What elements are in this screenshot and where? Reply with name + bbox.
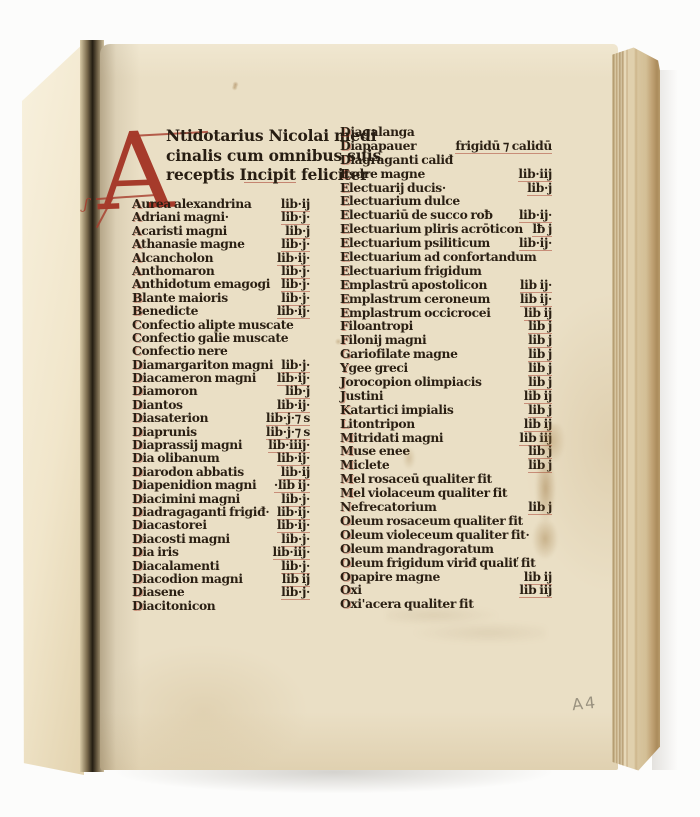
entry-title: Gariofilate magne <box>340 346 458 361</box>
index-entry: Confectio nere <box>132 343 310 356</box>
index-entry: Nefrecatorium lib j <box>340 499 552 513</box>
entry-title: Electuarium dulce <box>340 193 460 208</box>
index-entry: Emplastrum ceroneum lib ij· <box>340 291 552 305</box>
entry-title: Emplastrum occicrocei <box>340 305 491 320</box>
index-entry: Jorocopion olimpiacis lib j <box>340 374 552 388</box>
entry-quantity: frigidū ⁊ calidū <box>455 138 552 154</box>
entry-title: Mel violaceum qualiter fit <box>340 485 507 500</box>
index-entry: Diacimini magni lib·j· <box>132 491 310 504</box>
entry-title: Diagraganti caliđ <box>340 152 453 167</box>
index-entry: Mitridati magni lib iij <box>340 430 552 444</box>
entry-title: Diapapauer <box>340 138 416 153</box>
index-entry: Diaprassij magni lib·iiij· <box>132 437 310 450</box>
index-entry: Diacodion magni lib ij <box>132 571 310 584</box>
index-entry: Diacalamenti lib·j· <box>132 558 310 571</box>
entry-quantity: lib iij <box>519 582 552 598</box>
index-entry: Oleum mandragoratum <box>340 541 552 555</box>
entry-title: Nefrecatorium <box>340 499 437 514</box>
show-through-text <box>386 604 546 644</box>
index-entry: Dia olibanum lib·ij· <box>132 450 310 463</box>
entry-title: Electuarium pliris acrōticon <box>340 221 523 236</box>
entry-title: Oleum mandragoratum <box>340 541 494 556</box>
index-entry: Oleum rosaceum qualiter fit <box>340 513 552 527</box>
fore-edge-pages <box>612 46 660 772</box>
index-entry: Diarodon abbatis lib·ij <box>132 464 310 477</box>
index-entry: Diapenidion magni ·lib ij· <box>132 477 310 490</box>
index-entry: Dia iris lib·iij· <box>132 544 310 557</box>
ink-stain <box>524 424 572 564</box>
index-entry: Oleum violeceum qualiter fit· <box>340 527 552 541</box>
entry-title: Electuarium psiliticum <box>340 235 490 250</box>
entry-title: Electuarij ducis· <box>340 180 446 195</box>
entry-title: Electuarium frigidum <box>340 263 482 278</box>
index-entry: Benedicte lib·ij· <box>132 303 310 316</box>
entry-title: Oleum violeceum qualiter fit· <box>340 527 529 542</box>
entry-title: Electuarium ad confortandum <box>340 249 536 264</box>
index-entry: Diaprunis lib·j·⁊ s <box>132 424 310 437</box>
pencil-signature: A4 <box>571 693 598 715</box>
index-entry: Miclete lib j <box>340 457 552 471</box>
front-cover-edge <box>22 34 84 778</box>
index-entry: Blante maioris lib·j· <box>132 290 310 303</box>
entry-title: Litontripon <box>340 416 415 431</box>
entry-title: Mitridati magni <box>340 430 443 445</box>
index-entry: Filonij magni lib j <box>340 332 552 346</box>
index-entry: Diasaterion lib·j·⁊ s <box>132 410 310 423</box>
index-entry: Ygee greci lib j <box>340 360 552 374</box>
entry-title: Justini <box>340 388 383 403</box>
index-left-column: Aurea alexandrina lib·ij Adriani magni· … <box>132 196 310 611</box>
index-entry: Diamargariton magni lib·j· <box>132 357 310 370</box>
entry-title: Miclete <box>340 457 389 472</box>
index-entry: Alcancholon lib·ij· <box>132 250 310 263</box>
entry-title: Emplastrū apostolicon <box>340 277 487 292</box>
index-entry: Diapapauer frigidū ⁊ calidū <box>340 138 552 152</box>
index-entry: Esdre magne lib·iij <box>340 166 552 180</box>
entry-title: Esdre magne <box>340 166 425 181</box>
index-entry: Filoantropi lib j <box>340 318 552 332</box>
index-entry: Diagalanga <box>340 124 552 138</box>
entry-title: Diagalanga <box>340 124 415 139</box>
index-entry: Electuarium frigidum <box>340 263 552 277</box>
entry-quantity: lib·j· <box>281 584 310 600</box>
index-entry: Athanasie magne lib·j· <box>132 236 310 249</box>
index-entry: Diacosti magni lib·j· <box>132 531 310 544</box>
index-entry: Oleum frigidum viriđ qualiť fit <box>340 555 552 569</box>
entry-title: Oleum rosaceum qualiter fit <box>340 513 523 528</box>
index-entry: Anthidotum emagogi lib·j· <box>132 276 310 289</box>
index-entry: Diantos lib·ij· <box>132 397 310 410</box>
index-entry: Electuarium ad confortandum <box>340 249 552 263</box>
index-entry: Diacastorei lib·ij· <box>132 517 310 530</box>
index-entry: Anthomaron lib·j· <box>132 263 310 276</box>
index-entry: Emplastrū apostolicon lib ij· <box>340 277 552 291</box>
entry-title: Filoantropi <box>340 318 413 333</box>
index-entry: Oxi lib iij <box>340 582 552 596</box>
entry-title: Filonij magni <box>340 332 426 347</box>
index-entry: Electuarium dulce <box>340 193 552 207</box>
entry-title: Ygee greci <box>340 360 408 375</box>
index-entry: Justini lib ij <box>340 388 552 402</box>
small-stain <box>400 442 418 474</box>
entry-title: Katartici impialis <box>340 402 453 417</box>
entry-title: Oleum frigidum viriđ qualiť fit <box>340 555 535 570</box>
entry-quantity: lib·j <box>527 180 552 196</box>
foxing-spot <box>231 80 240 89</box>
entry-title: Opapire magne <box>340 569 440 584</box>
index-entry: Aurea alexandrina lib·ij <box>132 196 310 209</box>
index-entry: Gariofilate magne lib j <box>340 346 552 360</box>
index-entry: Diacameron magni lib·ij· <box>132 370 310 383</box>
index-entry: Katartici impialis lib j <box>340 402 552 416</box>
entry-title: Diacitonicon <box>132 598 215 613</box>
entry-title: Jorocopion olimpiacis <box>340 374 482 389</box>
index-entry: Mel violaceum qualiter fit <box>340 485 552 499</box>
index-entry: Electuarium psiliticum lib·ij· <box>340 235 552 249</box>
index-entry: Diadragaganti frigiđ· lib·ij· <box>132 504 310 517</box>
index-entry: Electuarium pliris acrōticon lƀ j <box>340 221 552 235</box>
entry-title: Electuariū de succo roƀ <box>340 207 493 222</box>
index-entry: Opapire magne lib ij <box>340 569 552 583</box>
index-entry: Confectio galie muscate <box>132 330 310 343</box>
index-entry: Diasene lib·j· <box>132 584 310 597</box>
index-entry: Litontripon lib ij <box>340 416 552 430</box>
index-entry: Confectio alipte muscate <box>132 317 310 330</box>
index-entry: Adriani magni· lib·j· <box>132 209 310 222</box>
entry-title: Oxi <box>340 582 362 597</box>
book-photograph: A ʃ Ntidotarius Nicolai medi cinalis cum… <box>0 0 700 817</box>
index-entry: Electuariū de succo roƀ lib·ij· <box>340 207 552 221</box>
index-right-column: Diagalanga Diapapauer frigidū ⁊ calidū D… <box>340 124 552 610</box>
index-entry: Mel rosaceū qualiter fit <box>340 471 552 485</box>
entry-title: Emplastrum ceroneum <box>340 291 490 306</box>
